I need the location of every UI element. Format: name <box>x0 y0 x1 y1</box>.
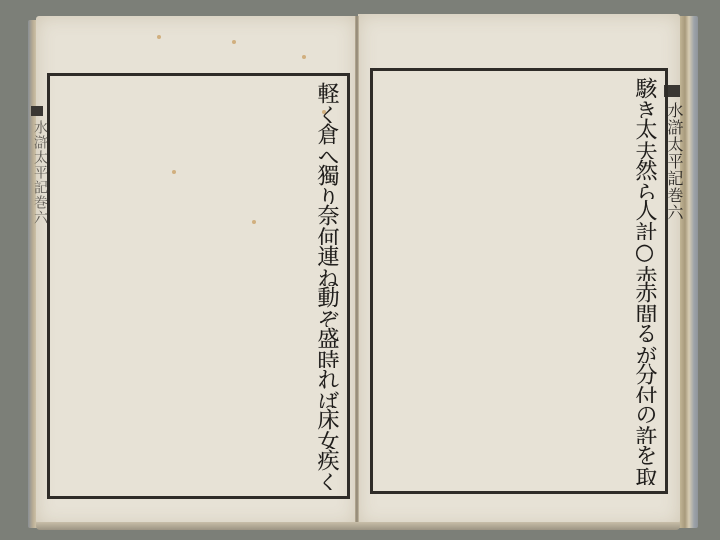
text-column: 獨り思ひ獨り點頭家をば堅く鎖しおき急ぎ船場へ行ける處に <box>56 164 341 205</box>
text-column: 連ね許多の人卒立廻りて最叱聒く罵り騒ぐ是抑何等の騒 <box>56 245 341 286</box>
text-column: 軽く装立て長き両刀を横帯夜の間に便船をもとめ翌日疾 <box>56 82 341 123</box>
left-margin-mark <box>31 106 43 116</box>
text-column: 疾く方へ来りめへとて人無処へ伴ひ行床女再度云けるい今日 <box>56 449 341 490</box>
book-gutter <box>355 16 359 526</box>
text-column: 倉へ渡り肥前に赴き春方高伴にむ廻り合暫く影を隠さべしと <box>56 123 341 164</box>
text-column: 赤間い元来妻なし子なし唯二人の奴子一人の婢女床女と云 <box>379 281 659 322</box>
foxing-spot <box>232 40 236 44</box>
text-column: ればい御に裝官許つかしくろ吾家の婢女床女なりけり時に <box>56 368 341 409</box>
page-bottom-edge <box>36 522 680 530</box>
left-text-frame: 軽く装立て長き両刀を横帯夜の間に便船をもとめ翌日疾 倉へ渡り肥前に赴き春方高伴に… <box>47 73 350 499</box>
text-column: 太夫是を領掌て懸令の廳に傳へける懸令の官人打駭き <box>379 118 659 159</box>
open-book: 水滸太平記巻六 水滸太平記巻六 軽く装立て長き両刀を横帯夜の間に便船をもとめ翌日… <box>22 10 698 532</box>
text-column: 床女盛時に對ひ吾家公のい何とて斯る處に悠々と佇止め給 <box>56 408 341 449</box>
text-column: 分付て彼処此処へ出しやり又床女にも一封の書牒を持せ荘官 <box>379 363 659 404</box>
text-column: るが有なり盛時此日家に帰り二人の奴子を呼て種々の要用を <box>379 322 659 363</box>
right-text-columns: 駭きたまひ頃く五十嵐素太夫を召て此變を宣ひければ素 太夫是を領掌て懸令の廳に傳へ… <box>379 77 659 485</box>
foxing-spot <box>157 35 161 39</box>
text-column: 然らば疾盛時を捉へて重く死刑に行ふべしと大将二人に百 <box>379 159 659 200</box>
text-column: 奈何なる變の有つらん濱のい一面の隻火約灯星のごとくに燈し <box>56 204 341 245</box>
text-column: の許へ遣りしあれ唯一人になりて家の裡を掻捜し金銀衣服 <box>379 403 659 444</box>
text-column: 駭きたまひ頃く五十嵐素太夫を召て此變を宣ひければ素 <box>379 77 659 118</box>
right-page-edge <box>678 16 698 528</box>
section-heading-column: ○赤間佛縁を頼んて老僧に助らる <box>379 240 659 281</box>
text-column: を取集め一包の襁見とるしぬ左右まる間に日い暮けり夫より貧 <box>379 444 659 485</box>
foxing-spot <box>302 55 306 59</box>
text-column: 盛時が背上を搞く者あり赤間い駭き振返り何者ぞと見てあ <box>56 327 341 368</box>
right-text-frame: 駭きたまひ頃く五十嵐素太夫を召て此變を宣ひければ素 太夫是を領掌て懸令の廳に傳へ… <box>370 68 668 494</box>
text-column: 人計りの従士を差添赤間が宅へぞ遣しけるは <box>379 199 659 240</box>
left-text-columns: 軽く装立て長き両刀を横帯夜の間に便船をもとめ翌日疾 倉へ渡り肥前に赴き春方高伴に… <box>56 82 341 490</box>
text-column: 動ぞと盛時い不審に思ひ暫し佇止眺め居けり此時後身より <box>56 286 341 327</box>
